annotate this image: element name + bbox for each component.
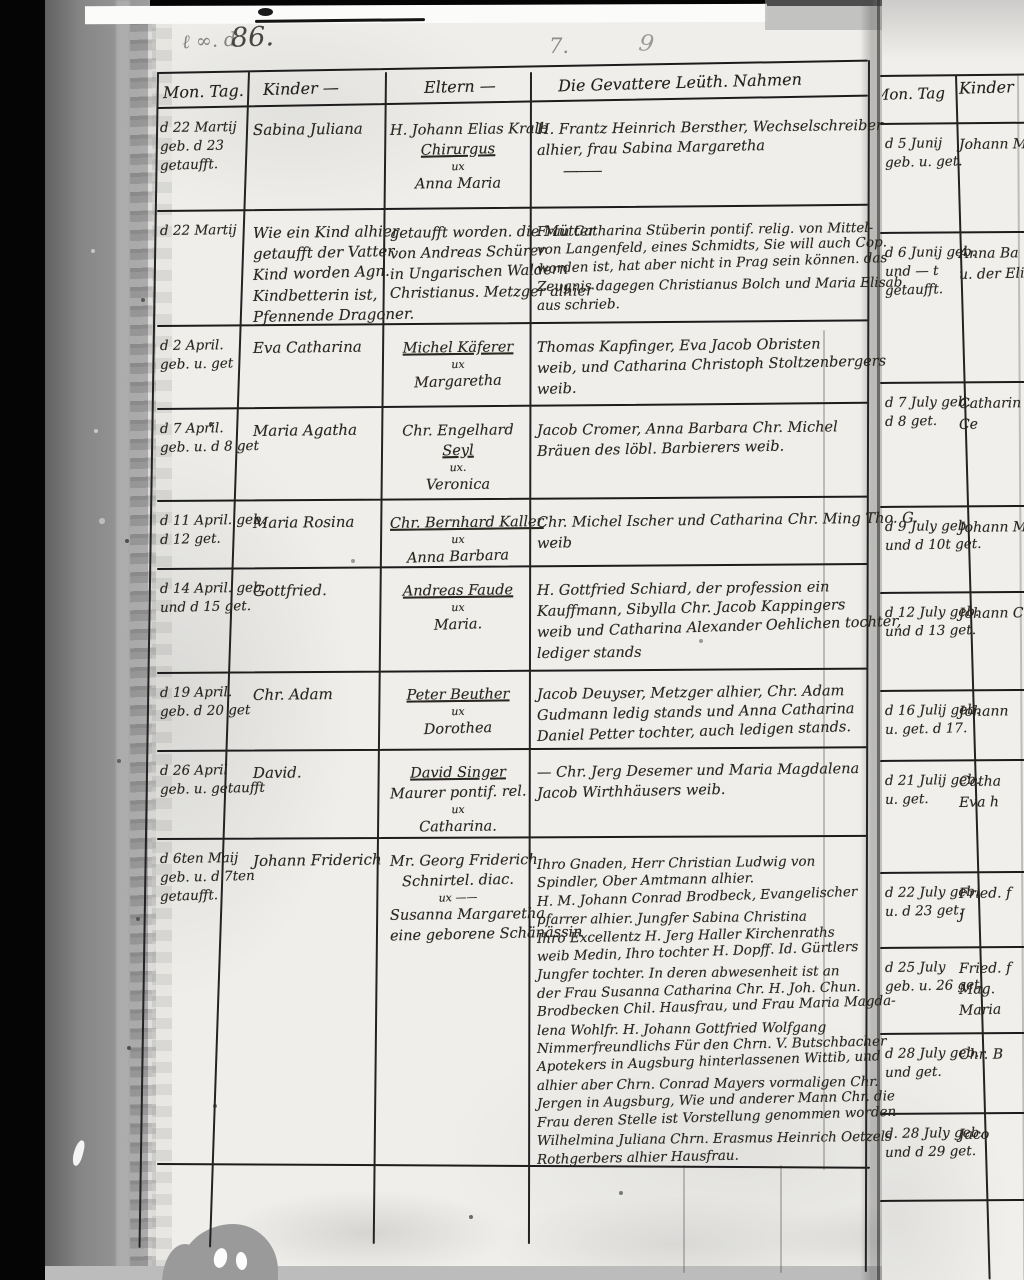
handwritten-line: Catharin — [959, 393, 1024, 415]
handwritten-line: Catha — [959, 771, 1024, 793]
table-cell-witnesses: Ihro Gnaden, Herr Christian Ludwig vonSp… — [537, 856, 865, 1169]
scanned-register-page: ℓ ∞. d 86. 7. 9 Mon. Tag. Kinder — Elter… — [0, 0, 1024, 1280]
handwritten-line: und d 10t get. — [885, 535, 959, 556]
handwritten-line: Sabina Juliana — [253, 118, 381, 141]
bleed-through-line — [780, 1165, 782, 1273]
table-cell-child: Johann Friderich — [253, 851, 381, 872]
table-cell-parents: Andreas FaudeuxMaria. — [390, 581, 526, 635]
table-cell-date: d 25 Julygeb. u. 26 get. — [885, 959, 959, 997]
handwritten-line: Anna Barbara — [390, 545, 527, 569]
table-cell-witnesses: H. Frantz Heinrich Bersther, Wechselschr… — [537, 120, 865, 183]
table-cell-parents: Chr. Bernhard KalleruxAnna Barbara — [390, 513, 526, 567]
handwritten-line: ——— — [537, 158, 865, 183]
table-cell-date: d 6ten Maijgeb. u. d 7tengetaufft. — [160, 850, 246, 907]
handwritten-line: geb. u. 26 get. — [885, 976, 959, 997]
table-cell-child: Fried. fJ — [959, 884, 1024, 926]
handwritten-line: getaufft. — [160, 885, 247, 907]
table-cell-witnesses: Jacob Deuyser, Metzger alhier, Chr. Adam… — [537, 685, 865, 748]
handwritten-line: Eva h — [959, 791, 1024, 814]
column-header-children-right: Kinder — [959, 77, 1014, 98]
table-cell-date: d 22 Martij — [160, 222, 246, 241]
table-cell-date: d 5 Junijgeb. u. get. — [885, 135, 959, 173]
handwritten-line: Chr. Engelhard — [390, 420, 526, 442]
handwritten-line: d 6ten Maij — [160, 849, 246, 869]
table-cell-child: Gottfried. — [253, 581, 381, 602]
handwritten-line: Michel Käferer — [390, 337, 526, 359]
handwritten-line: Veronica — [390, 474, 526, 496]
column-header-date-right: Mon. Tag — [882, 84, 945, 104]
handwritten-line: H. Johann Elias Kralb — [390, 119, 526, 141]
handwritten-line: eine geborene Schänässin — [390, 924, 526, 947]
handwritten-line: und get. — [885, 1062, 959, 1083]
handwritten-line: Mr. Georg Friderich — [390, 850, 526, 872]
handwritten-line: geb. d 20 get — [160, 701, 246, 722]
bleed-through-line — [683, 1165, 685, 1273]
handwritten-line: lediger stands — [537, 640, 865, 665]
table-cell-witnesses: H. Gottfried Schiard, der profession ein… — [537, 581, 865, 665]
handwritten-line: Anna Ba — [959, 243, 1024, 265]
handwritten-line: d 19 April. — [160, 683, 246, 703]
table-cell-parents: Michel KäfereruxMargaretha — [390, 338, 526, 392]
handwritten-line: Maria Agatha — [253, 419, 381, 442]
handwritten-line: d 6 Junij geb. — [885, 243, 959, 263]
handwritten-line: David. — [253, 761, 381, 784]
table-cell-child: CathaEva h — [959, 772, 1024, 814]
handwritten-line: Chr. Adam — [253, 683, 381, 706]
table-cell-child: Johann M— — [959, 135, 1024, 156]
table-cell-child: Jaco — [959, 1125, 1024, 1146]
handwritten-line: geb. u. getaufft — [160, 779, 246, 800]
table-cell-witnesses: Thomas Kapfinger, Eva Jacob Obristenweib… — [537, 338, 865, 401]
handwritten-line: Pfennende Dragoner. — [253, 304, 381, 328]
table-cell-date: d 26 Aprilgeb. u. getaufft — [160, 762, 246, 800]
handwritten-line: Margaretha — [390, 370, 527, 394]
handwritten-line: Fried. f — [959, 883, 1024, 905]
handwritten-line: d 28 July geb. — [885, 1044, 959, 1064]
handwritten-line: d 14 April. geb. — [160, 579, 246, 599]
table-cell-date: d 19 April.geb. d 20 get — [160, 684, 246, 722]
handwritten-line: und d 15 get. — [160, 597, 246, 618]
table-cell-date: d 14 April. geb.und d 15 get. — [160, 580, 246, 618]
column-header-parents: Eltern — — [424, 76, 496, 97]
table-cell-date: d 6 Junij geb.und — tgetaufft. — [885, 244, 959, 301]
handwritten-line: Maria Rosina — [253, 511, 381, 534]
handwritten-line: Maria — [959, 999, 1024, 1022]
handwritten-line: d. 28 July geb. — [885, 1124, 959, 1144]
handwritten-line: Chr. Bernhard Kaller — [390, 512, 526, 534]
film-streak — [116, 0, 130, 1280]
handwritten-line: Mag. — [959, 978, 1024, 1001]
table-cell-date: d 28 July geb.und get. — [885, 1045, 959, 1083]
handwritten-line: Johann C — [959, 603, 1024, 625]
film-top-strip — [85, 4, 767, 24]
handwritten-line: u. d 23 get. — [885, 901, 959, 922]
handwritten-line: Christianus. Metzger alhier — [390, 282, 526, 304]
handwritten-line: Andreas Faude — [390, 580, 526, 602]
table-cell-date: d 21 Julij geb.u. get. — [885, 772, 959, 810]
handwritten-line: u. get. — [885, 789, 959, 810]
handwritten-line: d 25 July — [885, 958, 959, 978]
handwritten-line: geb. u. get — [160, 354, 246, 375]
handwritten-line: getaufft worden. die Mütter — [390, 222, 526, 244]
handwritten-line: d 2 April. — [160, 336, 246, 356]
handwritten-line: d 7 July geb. — [885, 393, 959, 413]
table-cell-date: d 11 April. geb.d 12 get. — [160, 512, 246, 550]
page-number: 86. — [230, 21, 274, 53]
table-cell-date: d 22 July geb.u. d 23 get. — [885, 884, 959, 922]
table-cell-child: Chr. Adam — [253, 685, 381, 706]
handwritten-line: d 22 Martij — [160, 221, 246, 241]
handwritten-line: d 26 April — [160, 761, 246, 781]
column-header-date: Mon. Tag. — [163, 81, 244, 102]
register-right-page: Mon. Tag Kinder d 5 Junijgeb. u. get.Joh… — [882, 0, 1024, 1280]
handwritten-line: d 8 get. — [885, 411, 959, 432]
handwritten-line: Ce — [959, 413, 1024, 436]
handwritten-line: d 22 Martij — [160, 118, 246, 138]
handwritten-line: geb. u. get. — [885, 152, 959, 173]
handwritten-line: J — [959, 903, 1024, 926]
table-cell-child: Wie ein Kind alhiergetaufft der VatterKi… — [253, 223, 381, 328]
top-left-squiggle: ℓ ∞. d — [181, 29, 236, 55]
handwritten-line: Kind worden Agn. — [253, 261, 382, 286]
handwritten-line: Catharina. — [390, 816, 526, 838]
ink-blob — [258, 8, 273, 16]
handwritten-line: Johann — [959, 701, 1024, 723]
handwritten-line: d 22 July geb. — [885, 883, 959, 903]
handwritten-line: u. der Eli — [959, 263, 1024, 286]
table-cell-date: d 22 Martijgeb. d 23getaufft. — [160, 119, 246, 176]
dust-specks — [0, 0, 2, 2]
handwritten-line: David Singer — [390, 762, 526, 784]
table-cell-child: Sabina Juliana — [253, 120, 381, 141]
handwritten-line: Gottfried. — [253, 579, 381, 602]
handwritten-line: geb. u. d 8 get — [160, 437, 246, 458]
handwritten-line: Johann Friderich — [253, 849, 381, 872]
handwritten-line: d 7 April. — [160, 419, 246, 439]
table-cell-parents: David SingerMaurer pontif. rel.uxCathari… — [390, 763, 526, 837]
handwritten-line: Susanna Margaretha — [390, 904, 526, 926]
table-cell-child: Maria Rosina — [253, 513, 381, 534]
table-cell-child: Anna Bau. der Eli — [959, 244, 1024, 286]
column-header-children: Kinder — — [263, 78, 339, 99]
handwritten-line: Johann M— — [959, 134, 1024, 156]
table-cell-child: Chr. B — [959, 1045, 1024, 1066]
handwritten-line: Anna Maria — [390, 173, 526, 195]
table-cell-parents: Mr. Georg FriderichSchnirtel. diac.ux ——… — [390, 851, 526, 945]
table-cell-parents: Chr. EngelhardSeylux.Veronica — [390, 421, 526, 495]
table-cell-date: d 16 Julij geb.u. get. d 17. — [885, 702, 959, 740]
table-cell-child: Eva Catharina — [253, 338, 381, 359]
handwritten-line: Peter Beuther — [390, 684, 526, 706]
table-cell-child: Fried. fMag.Maria — [959, 959, 1024, 1022]
table-cell-witnesses: — Chr. Jerg Desemer und Maria MagdalenaJ… — [537, 763, 865, 805]
table-cell-parents: getaufft worden. die Müttervon Andreas S… — [390, 223, 526, 303]
handwritten-line: u. get. d 17. — [885, 719, 959, 740]
handwritten-line: d 5 Junij — [885, 134, 959, 154]
handwritten-line: d 16 Julij geb. — [885, 701, 959, 721]
table-cell-child: Maria Agatha — [253, 421, 381, 442]
table-cell-child: Johann C — [959, 604, 1024, 625]
top-mark-7: 7. — [549, 34, 569, 58]
handwritten-line: und d 29 get. — [885, 1142, 959, 1163]
handwritten-line: Eva Catharina — [253, 336, 381, 359]
handwritten-line: Fried. f — [959, 958, 1024, 980]
handwritten-line: Dorothea — [390, 717, 527, 741]
table-cell-parents: Peter BeutheruxDorothea — [390, 685, 526, 739]
table-cell-parents: H. Johann Elias KralbChirurgusuxAnna Mar… — [390, 120, 526, 194]
table-cell-child: CatharinCe — [959, 394, 1024, 436]
handwritten-line: d 21 Julij geb. — [885, 771, 959, 791]
table-cell-child: David. — [253, 763, 381, 784]
handwritten-line: Jaco — [959, 1124, 1024, 1146]
handwritten-line: Maria. — [390, 613, 527, 637]
table-cell-date: d 7 July geb.d 8 get. — [885, 394, 959, 432]
handwritten-line: Chr. B — [959, 1044, 1024, 1066]
table-cell-witnesses: Frau Catharina Stüberin pontif. relig. v… — [537, 223, 865, 315]
handwritten-line: getaufft. — [160, 154, 247, 176]
table-cell-witnesses: Jacob Cromer, Anna Barbara Chr. MichelBr… — [537, 421, 865, 463]
handwritten-line: d 12 get. — [160, 529, 246, 550]
table-cell-date: d 7 April.geb. u. d 8 get — [160, 420, 246, 458]
table-cell-date: d. 28 July geb.und d 29 get. — [885, 1125, 959, 1163]
handwritten-line: d 11 April. geb. — [160, 511, 246, 531]
table-cell-date: d 2 April.geb. u. get — [160, 337, 246, 375]
table-cell-witnesses: Chr. Michel Ischer und Catharina Chr. Mi… — [537, 513, 865, 555]
table-cell-child: Johann — [959, 702, 1024, 723]
